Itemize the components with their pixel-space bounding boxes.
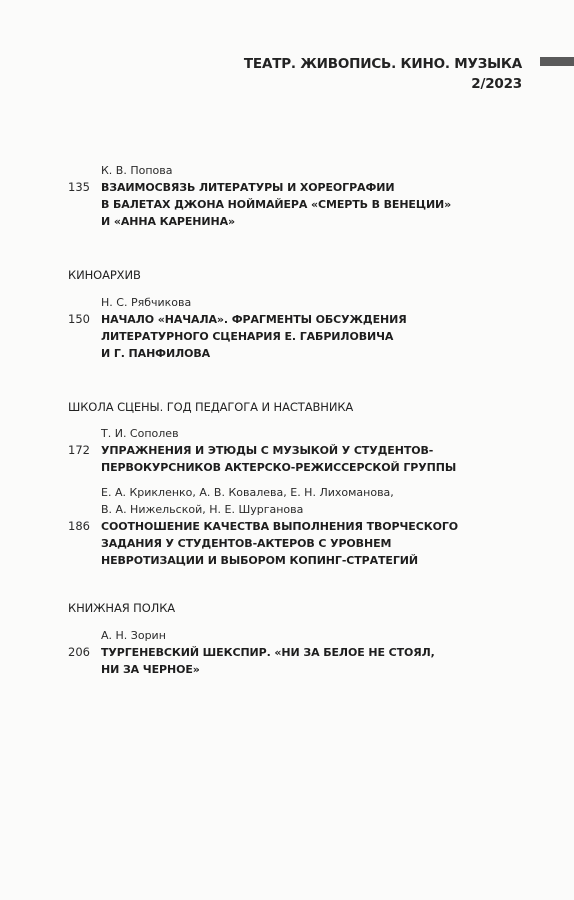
entry-title: НАЧАЛО «НАЧАЛА». ФРАГМЕНТЫ ОБСУЖДЕНИЯ ЛИ…: [101, 311, 407, 362]
toc-entry: Е. А. Крикленко, А. В. Ковалева, Е. Н. Л…: [68, 484, 508, 569]
entry-author: А. Н. Зорин: [68, 628, 508, 644]
entry-title: СООТНОШЕНИЕ КАЧЕСТВА ВЫПОЛНЕНИЯ ТВОРЧЕСК…: [101, 518, 458, 569]
journal-header: ТЕАТР. ЖИВОПИСЬ. КИНО. МУЗЫКА 2/2023: [244, 54, 522, 94]
issue-number: 2/2023: [244, 74, 522, 94]
entry-author: К. В. Попова: [68, 163, 508, 179]
section-heading-kinoarkhiv: КИНОАРХИВ: [68, 268, 141, 282]
entry-author: Е. А. Крикленко, А. В. Ковалева, Е. Н. Л…: [68, 484, 508, 518]
entry-title: УПРАЖНЕНИЯ И ЭТЮДЫ С МУЗЫКОЙ У СТУДЕНТОВ…: [101, 442, 456, 476]
entry-page-number: 186: [68, 518, 101, 535]
entry-page-number: 206: [68, 644, 101, 661]
section-heading-shkola-sceny: ШКОЛА СЦЕНЫ. ГОД ПЕДАГОГА И НАСТАВНИКА: [68, 400, 353, 414]
toc-entry: Т. И. Сополев 172 УПРАЖНЕНИЯ И ЭТЮДЫ С М…: [68, 426, 508, 476]
toc-entry: Н. С. Рябчикова 150 НАЧАЛО «НАЧАЛА». ФРА…: [68, 295, 508, 362]
section-tab-marker: [540, 57, 574, 66]
entry-page-number: 172: [68, 442, 101, 459]
entry-title: ТУРГЕНЕВСКИЙ ШЕКСПИР. «НИ ЗА БЕЛОЕ НЕ СТ…: [101, 644, 435, 678]
journal-title: ТЕАТР. ЖИВОПИСЬ. КИНО. МУЗЫКА: [244, 54, 522, 74]
entry-page-number: 135: [68, 179, 101, 196]
toc-entry: К. В. Попова 135 ВЗАИМОСВЯЗЬ ЛИТЕРАТУРЫ …: [68, 163, 508, 230]
entry-page-number: 150: [68, 311, 101, 328]
toc-entry: А. Н. Зорин 206 ТУРГЕНЕВСКИЙ ШЕКСПИР. «Н…: [68, 628, 508, 678]
entry-author: Н. С. Рябчикова: [68, 295, 508, 311]
section-heading-knizhnaya-polka: КНИЖНАЯ ПОЛКА: [68, 601, 175, 615]
entry-title: ВЗАИМОСВЯЗЬ ЛИТЕРАТУРЫ И ХОРЕОГРАФИИ В Б…: [101, 179, 451, 230]
entry-author: Т. И. Сополев: [68, 426, 508, 442]
